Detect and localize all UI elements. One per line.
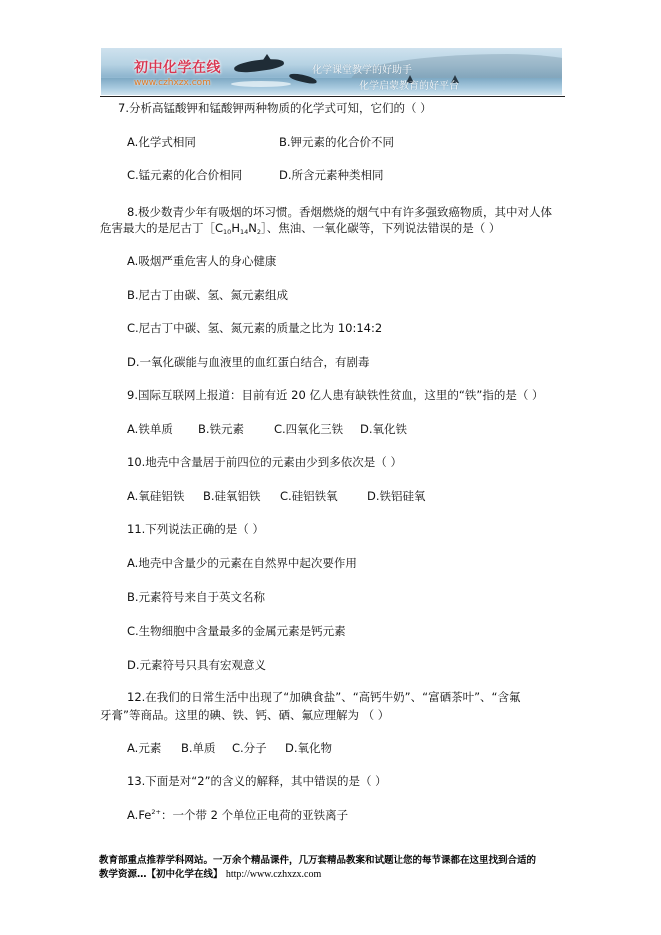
document-page: 初中化学在线 www.czhxzx.com 化学课堂教学的好助手 化学启蒙教育的… [0, 0, 661, 935]
formula-n: N [248, 221, 257, 235]
banner-slogan-2: 化学启蒙教育的好平台 [359, 77, 459, 92]
question-10-option-b: B.硅氧铝铁 [203, 489, 261, 503]
question-11-option-a: A.地壳中含量少的元素在自然界中起次要作用 [127, 556, 357, 570]
question-9-option-b: B.铁元素 [198, 422, 244, 436]
question-10-option-c: C.硅铝铁氧 [280, 489, 338, 503]
question-7-stem: 7.分析高锰酸钾和锰酸钾两种物质的化学式可知，它们的（ ） [118, 101, 432, 115]
question-12-option-c: C.分子 [232, 741, 267, 755]
question-8-stem-suffix: ］、焦油、一氧化碳等，下列说法错误的是（ ） [261, 221, 500, 235]
question-10-option-a: A.氧硅铝铁 [127, 489, 184, 503]
question-7-option-c: C.锰元素的化合价相同 [127, 168, 242, 182]
question-7-option-d: D.所含元素种类相同 [279, 168, 384, 182]
question-12-option-a: A.元素 [127, 741, 161, 755]
question-8-option-d: D.一氧化碳能与血液里的血红蛋白结合，有剧毒 [127, 355, 370, 369]
question-12-stem-line-2: 牙膏”等商品。这里的碘、铁、钙、硒、氟应理解为 （ ） [100, 708, 389, 722]
question-10-option-d: D.铁铝硅氧 [367, 489, 426, 503]
question-10-stem: 10.地壳中含量居于前四位的元素由少到多依次是（ ） [127, 455, 402, 469]
question-9-option-c: C.四氧化三铁 [274, 422, 343, 436]
question-8-stem-line-1: 8.极少数青少年有吸烟的坏习惯。香烟燃烧的烟气中有许多强致癌物质，其中对人体 [127, 205, 552, 219]
question-8-option-c: C.尼古丁中碳、氢、氮元素的质量之比为 10:14:2 [127, 321, 382, 335]
site-logo-url: www.czhxzx.com [134, 78, 211, 88]
option-a-prefix: A.Fe [127, 808, 151, 822]
question-9-option-d: D.氧化铁 [360, 422, 407, 436]
ion-charge-superscript: 2+ [151, 808, 161, 816]
site-banner: 初中化学在线 www.czhxzx.com 化学课堂教学的好助手 化学启蒙教育的… [101, 48, 562, 95]
banner-slogan-1: 化学课堂教学的好助手 [312, 61, 412, 76]
footer-line-2: 教学资源…【初中化学在线】 http://www.czhxzx.com [99, 869, 321, 881]
question-11-option-b: B.元素符号来自于英文名称 [127, 590, 265, 604]
question-7-option-a: A.化学式相同 [127, 135, 196, 149]
banner-splash-graphic [231, 81, 291, 87]
formula-h-subscript: 14 [240, 228, 248, 236]
question-8-option-b: B.尼古丁由碳、氢、氮元素组成 [127, 288, 288, 302]
dolphin-fin-icon [261, 54, 273, 63]
footer-line-1: 教育部重点推荐学科网站。一万余个精品课件，几万套精品教案和试题让您的每节课都在这… [99, 855, 536, 867]
question-13-stem: 13.下面是对“2”的含义的解释，其中错误的是（ ） [127, 774, 387, 788]
question-13-option-a: A.Fe2+：一个带 2 个单位正电荷的亚铁离子 [127, 808, 348, 822]
question-12-option-d: D.氧化物 [285, 741, 332, 755]
question-11-stem: 11.下列说法正确的是（ ） [127, 522, 264, 536]
header-divider [100, 96, 565, 97]
question-8-stem-prefix: 危害最大的是尼古丁［C [100, 221, 223, 235]
question-8-stem-line-2: 危害最大的是尼古丁［C10H14N2］、焦油、一氧化碳等，下列说法错误的是（ ） [100, 221, 500, 235]
question-9-option-a: A.铁单质 [127, 422, 173, 436]
site-logo-title: 初中化学在线 [134, 57, 221, 77]
dolphin-icon [233, 57, 284, 75]
question-11-option-c: C.生物细胞中含量最多的金属元素是钙元素 [127, 624, 346, 638]
question-8-option-a: A.吸烟严重危害人的身心健康 [127, 254, 276, 268]
footer-promo-text: 教学资源…【初中化学在线】 [99, 869, 223, 880]
option-a-suffix: ：一个带 2 个单位正电荷的亚铁离子 [161, 808, 348, 822]
question-7-option-b: B.钾元素的化合价不同 [279, 135, 394, 149]
footer-site-link[interactable]: http://www.czhxzx.com [226, 869, 321, 880]
question-12-stem-line-1: 12.在我们的日常生活中出现了“加碘食盐”、“高钙牛奶”、“富硒茶叶”、“含氟 [127, 690, 521, 704]
question-11-option-d: D.元素符号只具有宏观意义 [127, 658, 266, 672]
formula-h: H [231, 221, 240, 235]
question-12-option-b: B.单质 [181, 741, 216, 755]
question-9-stem: 9.国际互联网上报道：目前有近 20 亿人患有缺铁性贫血，这里的“铁”指的是（ … [127, 388, 543, 402]
